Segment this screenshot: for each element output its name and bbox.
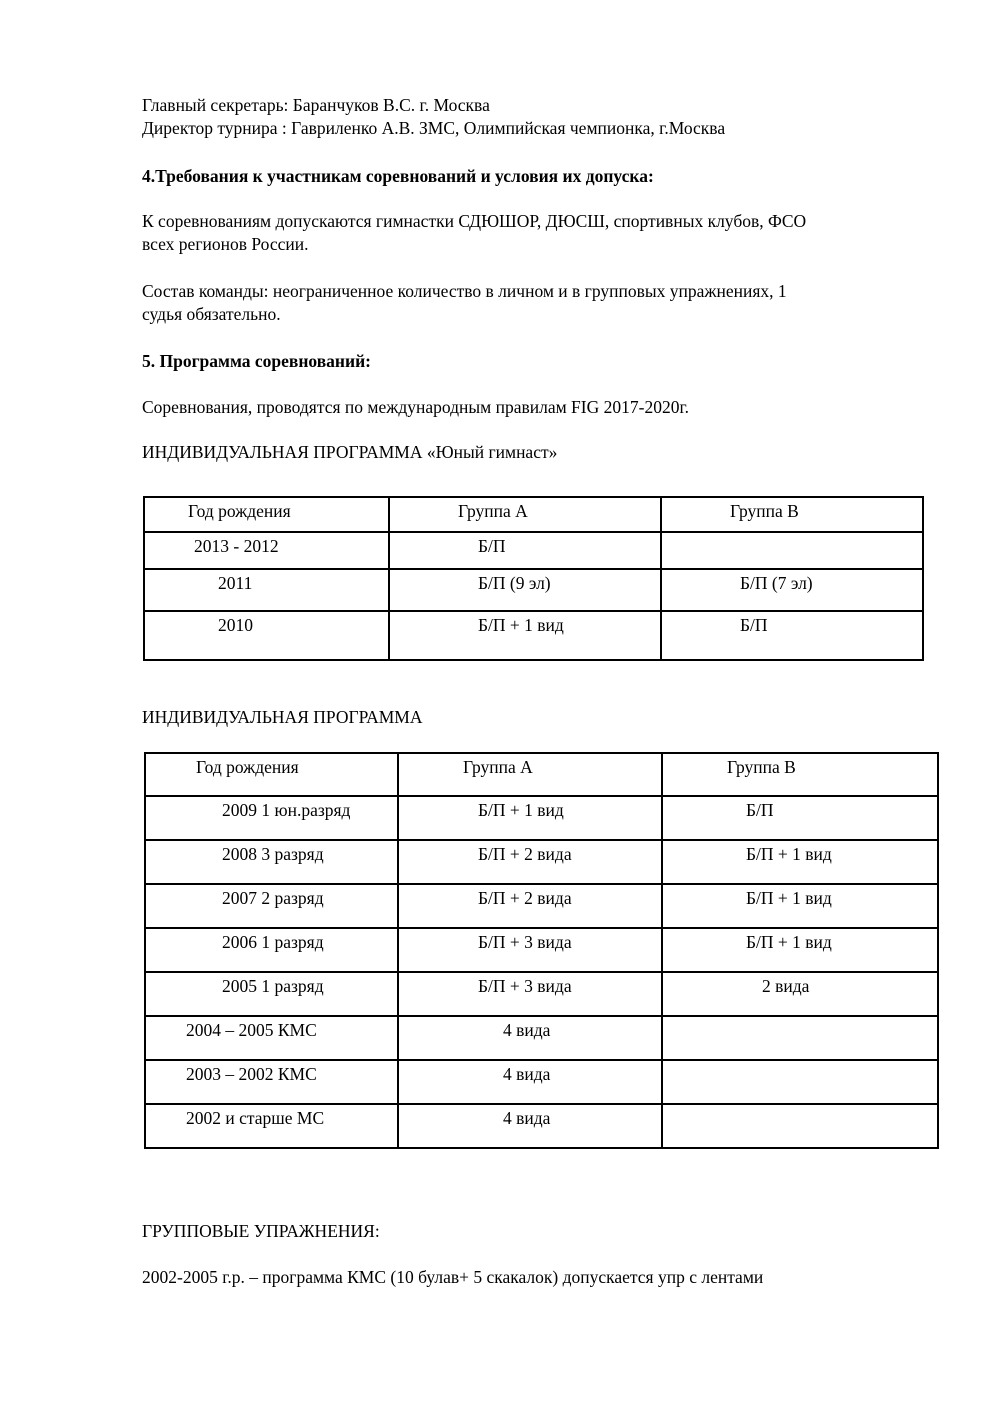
cell-group-a: Б/П + 2 вида <box>399 887 572 909</box>
table-row: 2002 и старше МС 4 вида <box>145 1104 938 1148</box>
table-header-row: Год рождения Группа А Группа В <box>144 497 923 532</box>
table-row: 2003 – 2002 КМС 4 вида <box>145 1060 938 1104</box>
cell-group-a: 4 вида <box>399 1107 550 1129</box>
cell-group-b: Б/П + 1 вид <box>663 843 832 865</box>
cell-birth-year: 2003 – 2002 КМС <box>146 1063 317 1085</box>
header-group-b: Группа В <box>663 756 796 778</box>
table2-title: ИНДИВИДУАЛЬНАЯ ПРОГРАММА <box>142 706 422 728</box>
team-composition-line-1: Состав команды: неограниченное количеств… <box>142 280 787 302</box>
table-row: 2009 1 юн.разряд Б/П + 1 вид Б/П <box>145 796 938 840</box>
young-gymnast-program-table: Год рождения Группа А Группа В 2013 - 20… <box>143 496 924 661</box>
header-group-a: Группа А <box>390 500 528 522</box>
cell-group-b: Б/П + 1 вид <box>663 887 832 909</box>
cell-birth-year: 2013 - 2012 <box>145 535 279 557</box>
cell-group-a: Б/П + 1 вид <box>390 614 564 636</box>
table-row: 2004 – 2005 КМС 4 вида <box>145 1016 938 1060</box>
cell-birth-year: 2002 и старше МС <box>146 1107 324 1129</box>
cell-birth-year: 2004 – 2005 КМС <box>146 1019 317 1041</box>
team-composition-line-2: судья обязательно. <box>142 303 281 325</box>
section-4-heading: 4.Требования к участникам соревнований и… <box>142 165 654 187</box>
cell-group-a: Б/П + 1 вид <box>399 799 564 821</box>
header-group-b: Группа В <box>662 500 799 522</box>
header-birth-year: Год рождения <box>145 500 291 522</box>
cell-group-b: Б/П <box>663 799 774 821</box>
table-row: 2007 2 разряд Б/П + 2 вида Б/П + 1 вид <box>145 884 938 928</box>
cell-birth-year: 2010 <box>145 614 253 636</box>
individual-program-table: Год рождения Группа А Группа В 2009 1 юн… <box>144 752 939 1149</box>
cell-birth-year: 2005 1 разряд <box>146 975 324 997</box>
director-line: Директор турнира : Гавриленко А.В. ЗМС, … <box>142 117 725 139</box>
table1-title: ИНДИВИДУАЛЬНАЯ ПРОГРАММА «Юный гимнаст» <box>142 441 557 463</box>
cell-group-b: Б/П <box>662 614 768 636</box>
table-row: 2008 3 разряд Б/П + 2 вида Б/П + 1 вид <box>145 840 938 884</box>
table-row: 2005 1 разряд Б/П + 3 вида 2 вида <box>145 972 938 1016</box>
cell-group-a: Б/П + 2 вида <box>399 843 572 865</box>
cell-group-b: 2 вида <box>663 975 809 997</box>
header-birth-year: Год рождения <box>146 756 299 778</box>
admission-text-line-2: всех регионов России. <box>142 233 309 255</box>
cell-group-a: 4 вида <box>399 1063 550 1085</box>
secretary-line: Главный секретарь: Баранчуков В.С. г. Мо… <box>142 94 490 116</box>
cell-group-a: 4 вида <box>399 1019 550 1041</box>
cell-birth-year: 2011 <box>145 572 252 594</box>
table-row: 2013 - 2012 Б/П <box>144 532 923 569</box>
cell-group-a: Б/П <box>390 535 506 557</box>
cell-group-b: Б/П + 1 вид <box>663 931 832 953</box>
table-row: 2006 1 разряд Б/П + 3 вида Б/П + 1 вид <box>145 928 938 972</box>
cell-group-a: Б/П + 3 вида <box>399 931 572 953</box>
table-header-row: Год рождения Группа А Группа В <box>145 753 938 796</box>
header-group-a: Группа А <box>399 756 533 778</box>
table-row: 2011 Б/П (9 эл) Б/П (7 эл) <box>144 569 923 611</box>
cell-birth-year: 2006 1 разряд <box>146 931 324 953</box>
cell-group-a: Б/П (9 эл) <box>390 572 551 594</box>
rules-text: Соревнования, проводятся по международны… <box>142 396 689 418</box>
cell-birth-year: 2008 3 разряд <box>146 843 324 865</box>
cell-birth-year: 2009 1 юн.разряд <box>146 799 350 821</box>
section-5-heading: 5. Программа соревнований: <box>142 350 371 372</box>
cell-group-b: Б/П (7 эл) <box>662 572 813 594</box>
table-row: 2010 Б/П + 1 вид Б/П <box>144 611 923 660</box>
admission-text-line-1: К соревнованиям допускаются гимнастки СД… <box>142 210 806 232</box>
group-exercises-text: 2002-2005 г.р. – программа КМС (10 булав… <box>142 1266 763 1288</box>
cell-birth-year: 2007 2 разряд <box>146 887 324 909</box>
group-exercises-title: ГРУППОВЫЕ УПРАЖНЕНИЯ: <box>142 1220 380 1242</box>
cell-group-a: Б/П + 3 вида <box>399 975 572 997</box>
